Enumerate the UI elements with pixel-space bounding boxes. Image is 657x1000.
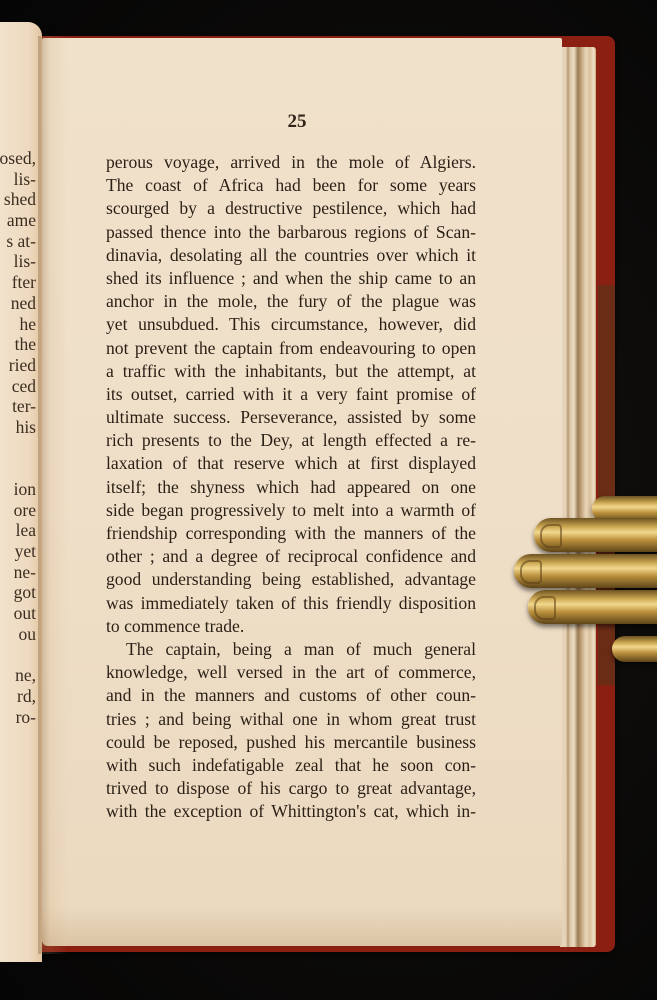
text-line: to commence trade. (106, 615, 476, 638)
left-line: osed, (0, 148, 36, 169)
left-line (0, 645, 36, 666)
left-line: ried (0, 355, 36, 376)
text-line: knowledge, well versed in the art of com… (106, 661, 476, 684)
text-line: passed thence into the barbarous regions… (106, 221, 476, 244)
text-line: anchor in the mole, the fury of the plag… (106, 290, 476, 313)
text-line: perous voyage, arrived in the mole of Al… (106, 151, 476, 174)
text-line: ultimate success. Perseverance, assisted… (106, 406, 476, 429)
page-number: 25 (277, 111, 317, 133)
brass-finger (528, 590, 657, 624)
text-line: a traffic with the inhabitants, but the … (106, 360, 476, 383)
fingernail (540, 524, 562, 548)
text-line: friendship corresponding with the manner… (106, 522, 476, 545)
text-line: laxation of that reserve which at first … (106, 452, 476, 475)
text-line: was immediately taken of this friendly d… (106, 592, 476, 615)
left-line: ro- (0, 707, 36, 728)
left-line: got (0, 582, 36, 603)
left-line: yet (0, 541, 36, 562)
text-line: yet unsubdued. This circumstance, howeve… (106, 313, 476, 336)
left-line: ame (0, 210, 36, 231)
text-line: trived to dispose of his cargo to great … (106, 777, 476, 800)
text-line: rich presents to the Dey, at length effe… (106, 429, 476, 452)
left-line: fter (0, 272, 36, 293)
text-line: The coast of Africa had been for some ye… (106, 174, 476, 197)
text-line: could be reposed, pushed his mercantile … (106, 731, 476, 754)
left-line: s at- (0, 231, 36, 252)
text-line: other ; and a degree of reciprocal confi… (106, 545, 476, 568)
text-line: with the exception of Whittington's cat,… (106, 800, 476, 823)
left-line: ne- (0, 562, 36, 583)
text-line: side began progressively to melt into a … (106, 499, 476, 522)
left-line: ou (0, 624, 36, 645)
text-line: and in the manners and customs of other … (106, 684, 476, 707)
left-page: osed, lis- shed ame s at- lis- fter ned … (0, 22, 42, 962)
left-line: ced (0, 376, 36, 397)
brass-finger (534, 518, 657, 552)
left-line: shed (0, 189, 36, 210)
left-line: the (0, 334, 36, 355)
text-line: tries ; and being withal one in whom gre… (106, 708, 476, 731)
left-line: rd, (0, 686, 36, 707)
left-line: lis- (0, 251, 36, 272)
fingernail (520, 560, 542, 584)
brass-hand-page-holder (512, 496, 657, 666)
left-line: lis- (0, 169, 36, 190)
text-line: shed its influence ; and when the ship c… (106, 267, 476, 290)
left-line: his (0, 417, 36, 438)
text-line: itself; the shyness which had appeared o… (106, 476, 476, 499)
text-line: scourged by a destructive pestilence, wh… (106, 197, 476, 220)
left-line: out (0, 603, 36, 624)
fingernail (534, 596, 556, 620)
left-page-text: osed, lis- shed ame s at- lis- fter ned … (0, 148, 36, 727)
gutter-shadow (38, 36, 68, 954)
right-page: 25 perous voyage, arrived in the mole of… (42, 38, 562, 946)
left-line: ne, (0, 665, 36, 686)
left-line: ter- (0, 396, 36, 417)
left-line: ion (0, 479, 36, 500)
left-line (0, 458, 36, 479)
text-line: its outset, carried with it a very faint… (106, 383, 476, 406)
text-line: with such indefatigable zeal that he soo… (106, 754, 476, 777)
body-text: perous voyage, arrived in the mole of Al… (106, 151, 476, 823)
text-line: not prevent the captain from endeavourin… (106, 337, 476, 360)
left-line: ned (0, 293, 36, 314)
text-line: good understanding being established, ad… (106, 568, 476, 591)
brass-finger (514, 554, 657, 588)
left-line: ore (0, 500, 36, 521)
left-line: lea (0, 520, 36, 541)
left-line (0, 438, 36, 459)
text-line: dinavia, desolating all the countries ov… (106, 244, 476, 267)
brass-thumb (612, 636, 657, 662)
left-line: he (0, 314, 36, 335)
paragraph-start: The captain, being a man of much general (106, 638, 476, 661)
